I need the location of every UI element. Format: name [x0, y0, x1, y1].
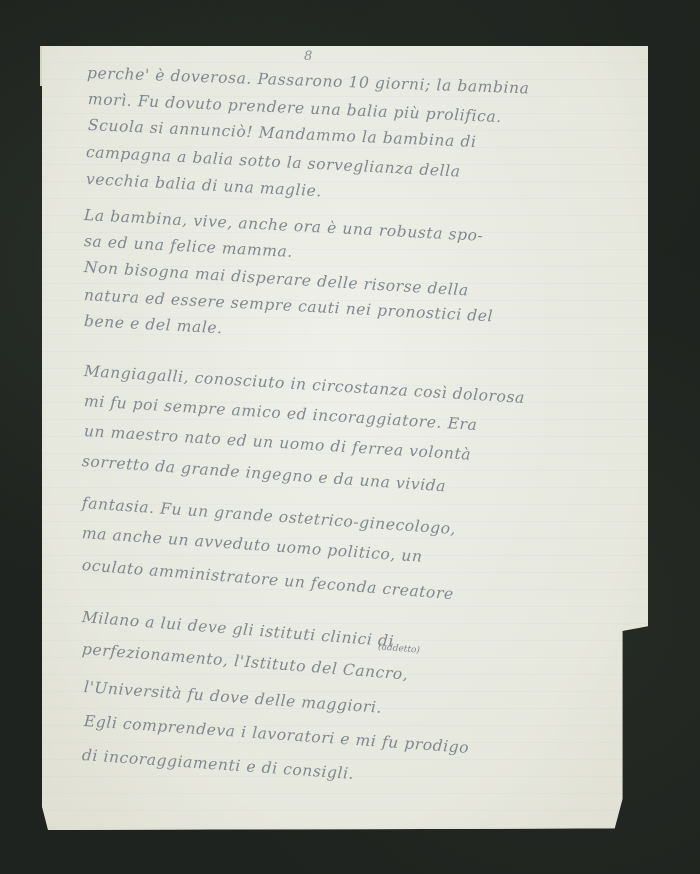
text-line: l'Università fu dove delle maggiori. — [83, 678, 382, 717]
insertion-note: (addetto) — [378, 642, 421, 656]
text-line: sa ed una felice mamma. — [84, 232, 294, 261]
text-line: di incoraggiamenti e di consigli. — [81, 746, 354, 783]
handwritten-page: 8 perche' è doverosa. Passarono 10 giorn… — [42, 46, 648, 830]
text-line: vecchia balia di una maglie. — [86, 170, 323, 200]
text-line: bene e del male. — [84, 312, 224, 337]
page-number: 8 — [304, 49, 312, 64]
